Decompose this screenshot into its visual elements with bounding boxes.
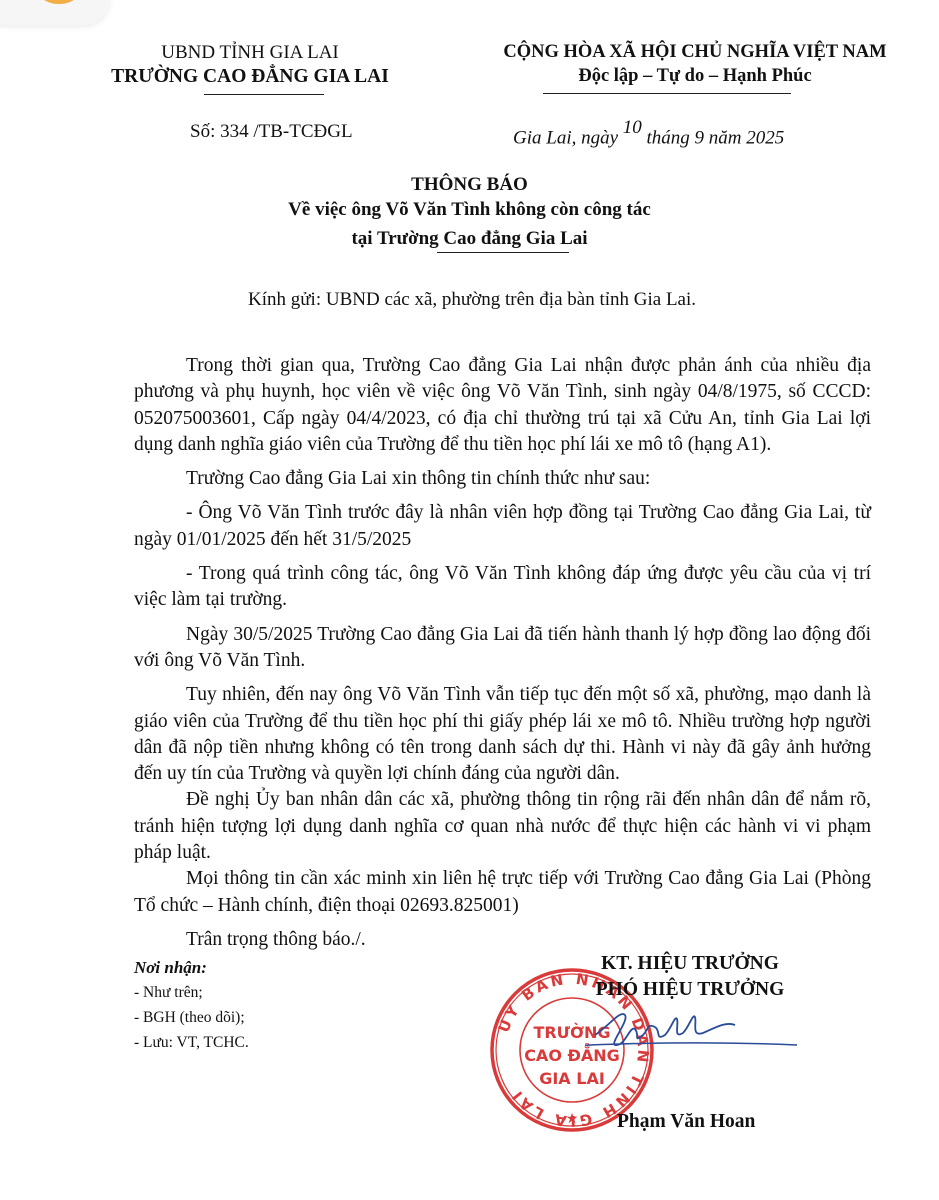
- svg-text:★: ★: [566, 1111, 579, 1127]
- national-title: CỘNG HÒA XÃ HỘI CHỦ NGHĨA VIỆT NAM: [475, 42, 915, 63]
- body-paragraph: Trong thời gian qua, Trường Cao đẳng Gia…: [134, 353, 871, 458]
- issuing-authority: UBND TỈNH GIA LAI: [0, 42, 500, 64]
- body-paragraph: Trân trọng thông báo./.: [134, 927, 871, 953]
- body-paragraph: Mọi thông tin cần xác minh xin liên hệ t…: [134, 866, 871, 919]
- recipient-line: Kính gửi: UBND các xã, phường trên địa b…: [248, 289, 696, 311]
- signer-name: Phạm Văn Hoan: [617, 1111, 755, 1133]
- badge-dot-icon: [32, 0, 86, 4]
- divider-left: [204, 94, 324, 95]
- divider-title: [437, 252, 569, 253]
- recipient-item: - Lưu: VT, TCHC.: [134, 1030, 249, 1055]
- national-motto: Độc lập – Tự do – Hạnh Phúc: [475, 66, 915, 87]
- date-rest: tháng 9 năm 2025: [642, 127, 785, 148]
- body-paragraph: Ngày 30/5/2025 Trường Cao đẳng Gia Lai đ…: [134, 622, 871, 675]
- svg-text:GIA LAI: GIA LAI: [539, 1069, 605, 1088]
- issuing-organization: TRƯỜNG CAO ĐẲNG GIA LAI: [0, 66, 500, 88]
- document-number: Số: 334 /TB-TCĐGL: [190, 121, 353, 143]
- body-paragraph: - Ông Võ Văn Tình trước đây là nhân viên…: [134, 500, 871, 553]
- document-date: Gia Lai, ngày 10 tháng 9 năm 2025: [513, 120, 784, 149]
- date-prefix: Gia Lai, ngày: [513, 127, 623, 148]
- signature-title-2: PHÓ HIỆU TRƯỞNG: [560, 979, 820, 1001]
- recipients-list: Nơi nhận: - Như trên; - BGH (theo dõi); …: [134, 955, 249, 1055]
- body-paragraph: - Trong quá trình công tác, ông Võ Văn T…: [134, 561, 871, 614]
- recipient-item: - Như trên;: [134, 980, 249, 1005]
- document-body: Trong thời gian qua, Trường Cao đẳng Gia…: [134, 353, 871, 953]
- notice-subject-line-2: tại Trường Cao đẳng Gia Lai: [0, 228, 939, 250]
- notice-subject-line-1: Về việc ông Võ Văn Tình không còn công t…: [0, 199, 939, 221]
- signature-title-1: KT. HIỆU TRƯỞNG: [560, 953, 820, 975]
- recipient-item: - BGH (theo dõi);: [134, 1005, 249, 1030]
- body-paragraph: Đề nghị Ủy ban nhân dân các xã, phường t…: [134, 787, 871, 866]
- date-day: 10: [623, 117, 642, 138]
- divider-right: [543, 93, 791, 94]
- notice-heading: THÔNG BÁO: [0, 174, 939, 196]
- body-paragraph: Trường Cao đẳng Gia Lai xin thông tin ch…: [134, 466, 871, 492]
- app-badge: [0, 0, 110, 25]
- body-paragraph: Tuy nhiên, đến nay ông Võ Văn Tình vẫn t…: [134, 682, 871, 787]
- recipients-title: Nơi nhận:: [134, 955, 249, 980]
- handwritten-signature-icon: [585, 1005, 800, 1055]
